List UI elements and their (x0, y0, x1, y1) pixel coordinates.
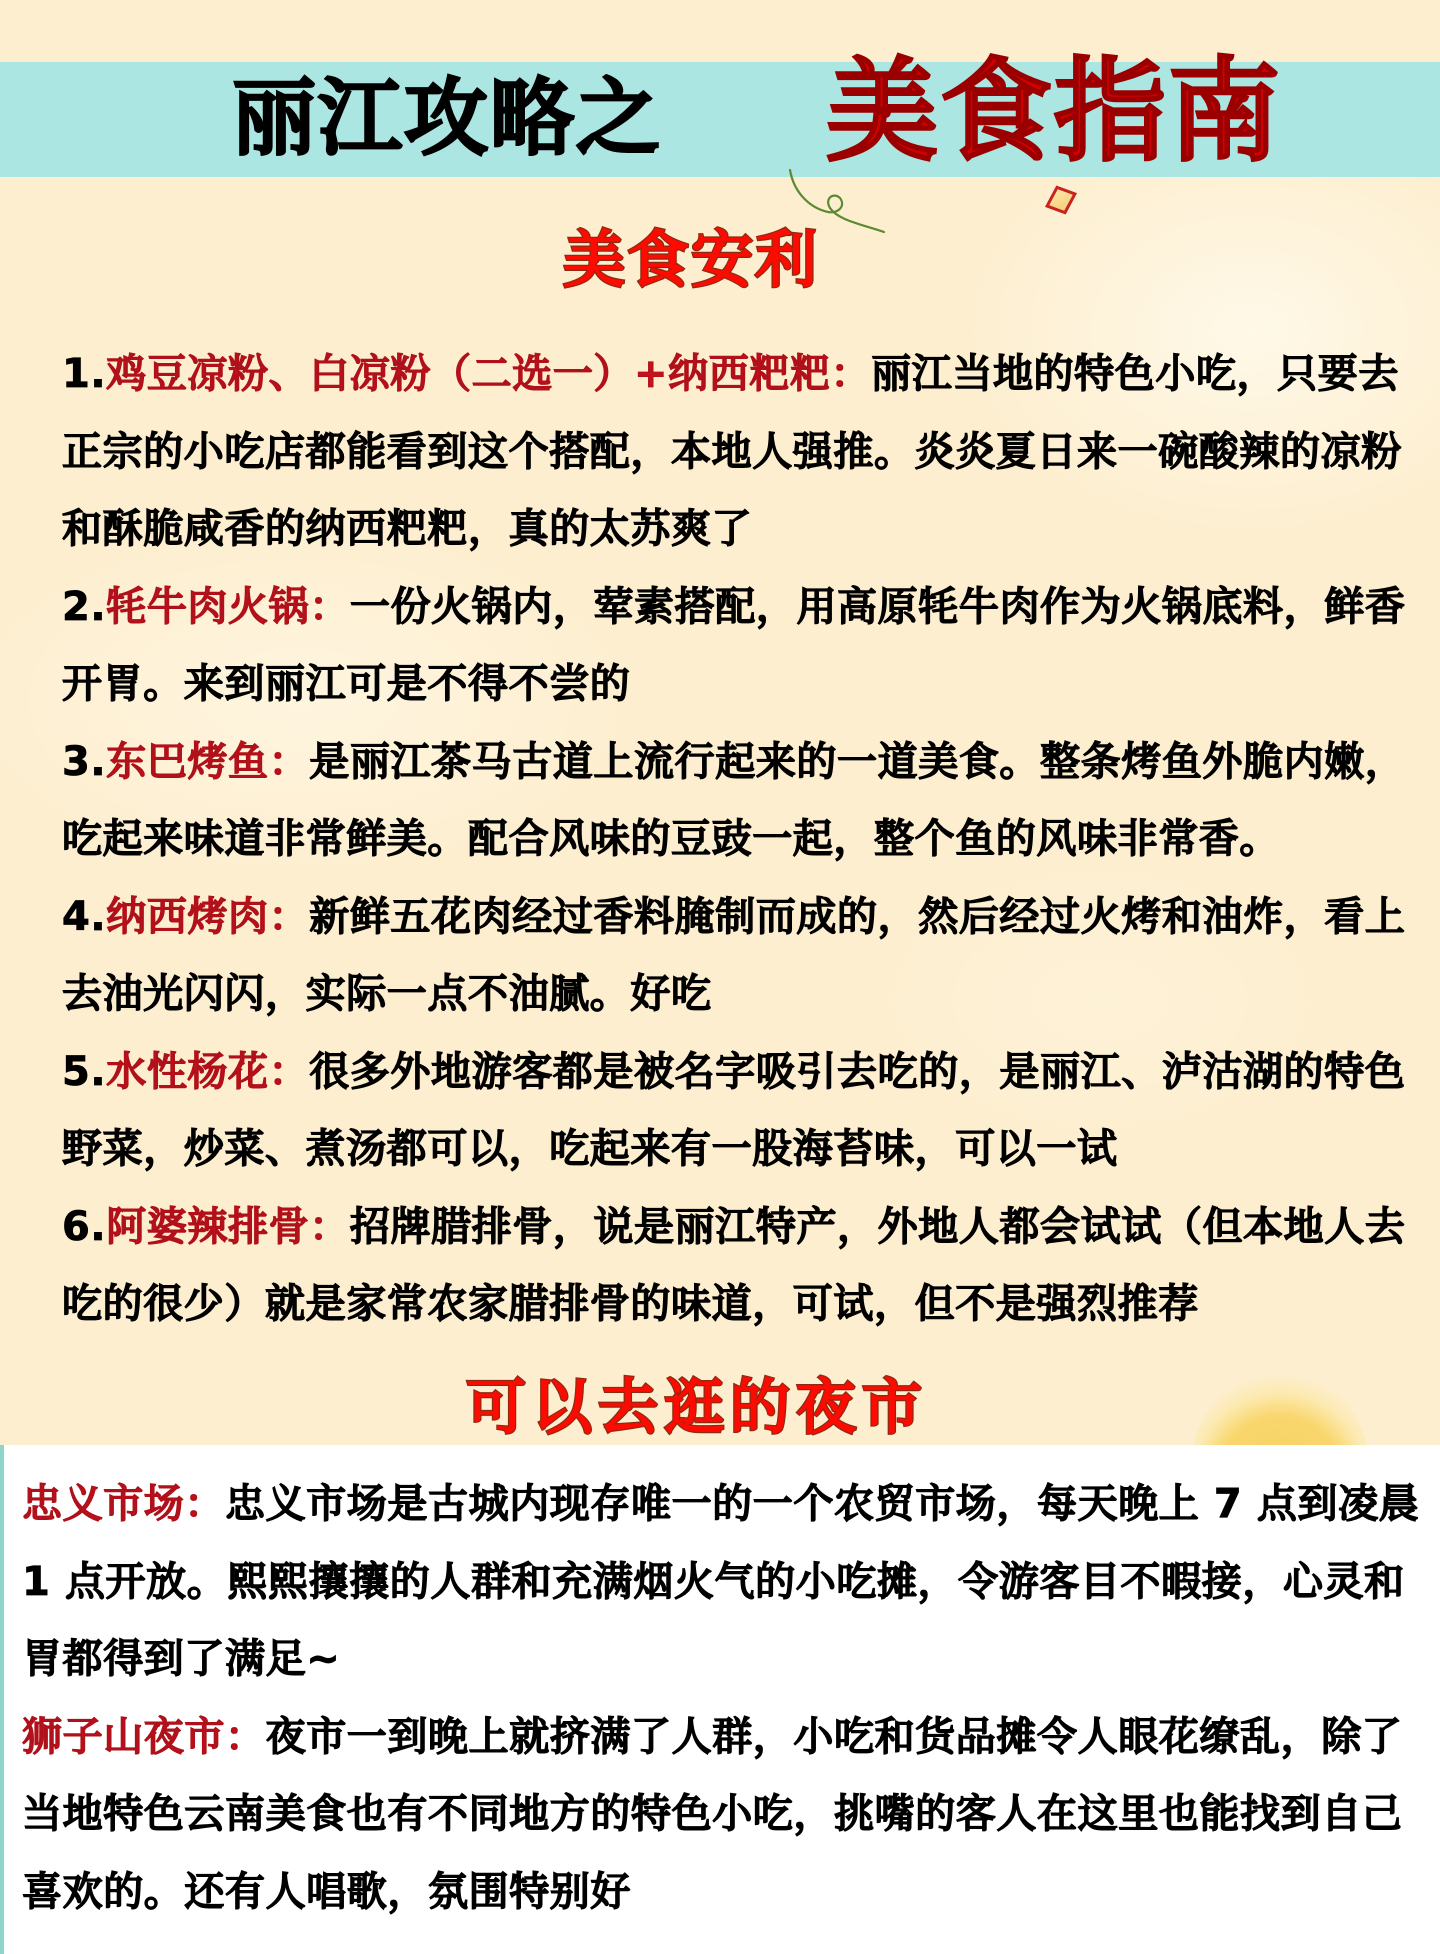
item-name: 纳西烤肉： (106, 894, 309, 940)
night-market-list: 忠义市场：忠义市场是古城内现存唯一的一个农贸市场，每天晚上 7 点到凌晨 1 点… (22, 1466, 1427, 1931)
item-name: 牦牛肉火锅： (106, 584, 350, 630)
market-item-zhongyi: 忠义市场：忠义市场是古城内现存唯一的一个农贸市场，每天晚上 7 点到凌晨 1 点… (22, 1466, 1427, 1699)
item-name: 东巴烤鱼： (106, 739, 309, 785)
item-number: 1. (62, 351, 106, 397)
item-name: 水性杨花： (106, 1049, 309, 1095)
market-name: 忠义市场： (22, 1481, 225, 1527)
food-item-1: 1.鸡豆凉粉、白凉粉（二选一）+纳西粑粑：丽江当地的特色小吃，只要去正宗的小吃店… (62, 336, 1414, 569)
food-item-5: 5.水性杨花：很多外地游客都是被名字吸引去吃的，是丽江、泸沽湖的特色野菜，炒菜、… (62, 1034, 1414, 1189)
night-market-heading: 可以去逛的夜市 (466, 1368, 928, 1448)
page-title-main: 美食指南 (826, 52, 1282, 172)
market-item-shizishan: 狮子山夜市：夜市一到晚上就挤满了人群，小吃和货品摊令人眼花缭乱，除了当地特色云南… (22, 1699, 1427, 1932)
market-description: 忠义市场是古城内现存唯一的一个农贸市场，每天晚上 7 点到凌晨 1 点开放。熙熙… (22, 1481, 1419, 1682)
food-item-4: 4.纳西烤肉：新鲜五花肉经过香料腌制而成的，然后经过火烤和油炸，看上去油光闪闪，… (62, 879, 1414, 1034)
food-recommendations-heading: 美食安利 (563, 220, 819, 300)
food-item-6: 6.阿婆辣排骨：招牌腊排骨，说是丽江特产，外地人都会试试（但本地人去吃的很少）就… (62, 1189, 1414, 1344)
item-number: 3. (62, 739, 106, 785)
market-name: 狮子山夜市： (22, 1714, 266, 1760)
item-number: 4. (62, 894, 106, 940)
item-number: 2. (62, 584, 106, 630)
item-name: 阿婆辣排骨： (106, 1204, 350, 1250)
page-title-prefix: 丽江攻略之 (232, 68, 662, 168)
diamond-icon (1045, 186, 1077, 215)
food-item-3: 3.东巴烤鱼：是丽江茶马古道上流行起来的一道美食。整条烤鱼外脆内嫩，吃起来味道非… (62, 724, 1414, 879)
item-number: 5. (62, 1049, 106, 1095)
item-number: 6. (62, 1204, 106, 1250)
food-item-2: 2.牦牛肉火锅：一份火锅内，荤素搭配，用高原牦牛肉作为火锅底料，鲜香开胃。来到丽… (62, 569, 1414, 724)
food-list: 1.鸡豆凉粉、白凉粉（二选一）+纳西粑粑：丽江当地的特色小吃，只要去正宗的小吃店… (62, 336, 1414, 1344)
item-name: 鸡豆凉粉、白凉粉（二选一）+纳西粑粑： (106, 351, 871, 397)
